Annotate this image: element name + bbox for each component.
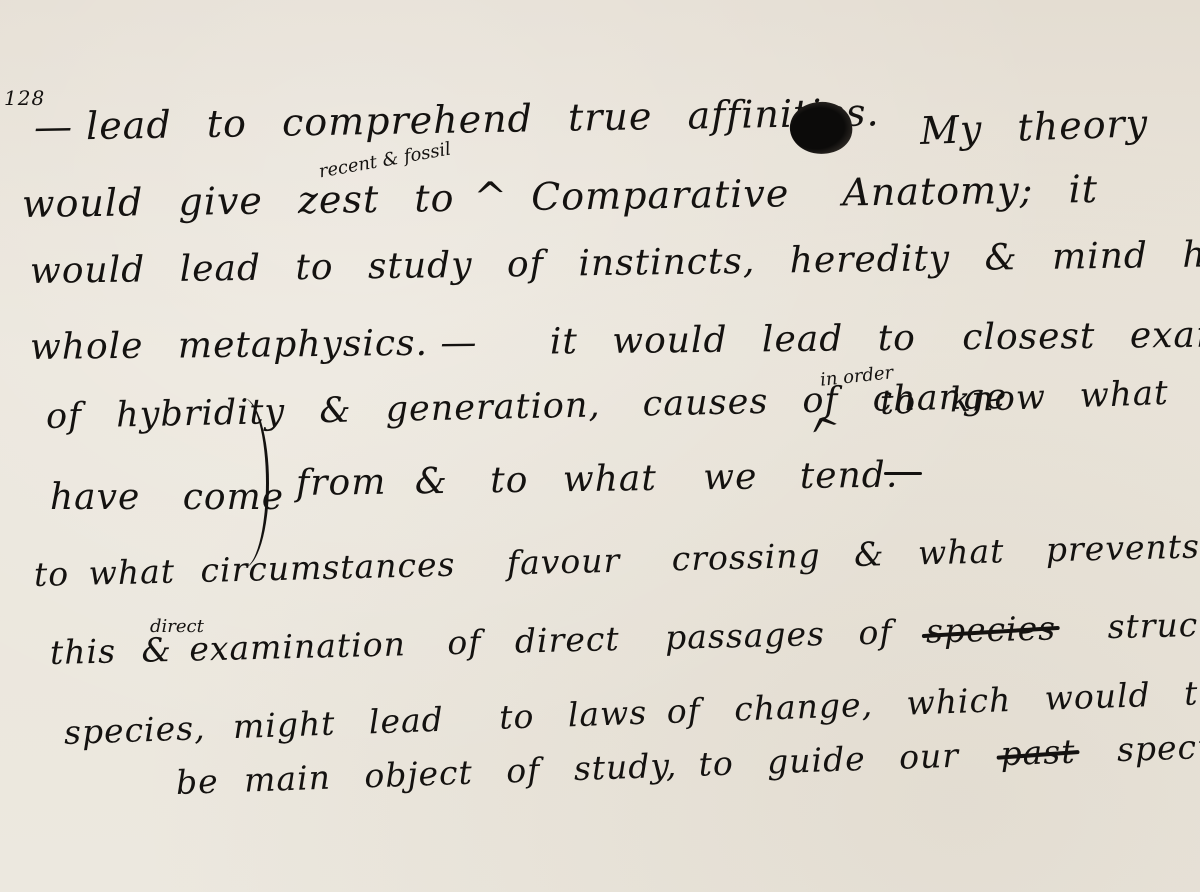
word: to [490, 463, 529, 500]
word: heredity, [1182, 236, 1200, 274]
word: & [141, 633, 172, 667]
word: causes [642, 385, 768, 423]
word: to [698, 747, 734, 781]
manuscript-line-7: to what circumstances favour crossing & … [34, 528, 1200, 591]
manuscript-line-6: have come [50, 480, 306, 516]
word: laws [567, 696, 648, 732]
word: — lead [34, 106, 172, 146]
manuscript-line-1-end: My theory [919, 103, 1170, 150]
word: whole [30, 329, 144, 366]
word: change, [734, 688, 874, 726]
word: guide [767, 742, 867, 778]
word: comprehend [282, 99, 534, 141]
word: main [244, 761, 332, 797]
notebook-page: 128 — lead to comprehend true affinities… [0, 0, 1200, 892]
word: be [175, 765, 219, 799]
word: & [319, 394, 352, 430]
word: to [414, 179, 455, 218]
word: circumstances [200, 548, 456, 587]
word: closest [962, 319, 1095, 356]
word: of [447, 625, 482, 659]
word: true [568, 97, 653, 136]
manuscript-line-6-end: from & to what we tend. [296, 457, 921, 502]
word: what [563, 461, 657, 498]
word: to [34, 557, 70, 591]
word: of [46, 399, 83, 435]
word: know [949, 380, 1046, 417]
manuscript-line-4: whole metaphysics. — it would lead to cl… [30, 316, 1200, 366]
word: would [30, 252, 146, 290]
word: have [50, 480, 140, 516]
word: instincts, [578, 244, 755, 282]
word: study [368, 248, 473, 285]
word: object [364, 756, 474, 793]
word: My [919, 110, 983, 150]
word: generation, [385, 388, 601, 427]
word: of [507, 247, 544, 284]
manuscript-line-2: would give zest to ^ Comparative Anatomy… [22, 169, 1120, 224]
word: would [1044, 678, 1151, 715]
word: prevents [1045, 530, 1200, 567]
word: Anatomy; [842, 171, 1034, 212]
word: give [178, 182, 263, 221]
word: structure [1107, 606, 1200, 643]
word: direct [514, 622, 620, 658]
word: of [858, 615, 893, 649]
manuscript-line-3: would lead to study of instincts, heredi… [30, 235, 1200, 290]
word: favour [506, 544, 620, 580]
word: tend. [800, 458, 899, 495]
word: zest [298, 180, 380, 219]
word: to [879, 385, 916, 420]
word: this [50, 634, 117, 669]
word: it [1068, 170, 1098, 208]
word: heredity [790, 241, 951, 279]
manuscript-line-8: this & examination of direct passages of… [50, 604, 1200, 669]
word: lead [762, 321, 844, 358]
word: lead [179, 251, 261, 288]
word: Comparative [531, 174, 790, 216]
word: study, [573, 749, 677, 786]
word: lead [368, 703, 444, 739]
manuscript-line-1: — lead to comprehend true affinities. [34, 93, 902, 146]
word: of [506, 753, 541, 787]
word: it [550, 324, 578, 360]
word: come [183, 480, 284, 516]
word: examination [1130, 316, 1200, 354]
word: metaphysics. — [178, 325, 478, 364]
word: & [415, 464, 449, 500]
word: then [1184, 674, 1200, 710]
word: might [232, 707, 336, 744]
word: & [984, 240, 1018, 276]
word: to [295, 250, 334, 287]
dash-mark [884, 472, 922, 475]
struck-word: species [926, 611, 1057, 647]
word: what [918, 534, 1005, 569]
word: to [206, 104, 247, 143]
insertion-caret-icon: ^ [473, 174, 508, 220]
word: crossing [671, 539, 821, 576]
word: would [22, 183, 144, 223]
word: examination [189, 627, 406, 665]
word: of [666, 694, 701, 728]
word: our [899, 739, 960, 774]
word: which [906, 683, 1012, 720]
word: to [878, 321, 917, 357]
word: what [88, 555, 175, 590]
word: passages [665, 617, 826, 654]
word: speculations [1116, 725, 1200, 766]
word: what [1079, 376, 1169, 413]
word: from [296, 465, 387, 502]
word: theory [1017, 104, 1149, 147]
word: mind [1052, 238, 1148, 275]
word: & [854, 537, 885, 571]
word: to [499, 700, 535, 734]
struck-word: past [1000, 735, 1076, 771]
word: would [612, 323, 728, 360]
word: we [703, 460, 758, 497]
word: species, [63, 711, 206, 749]
